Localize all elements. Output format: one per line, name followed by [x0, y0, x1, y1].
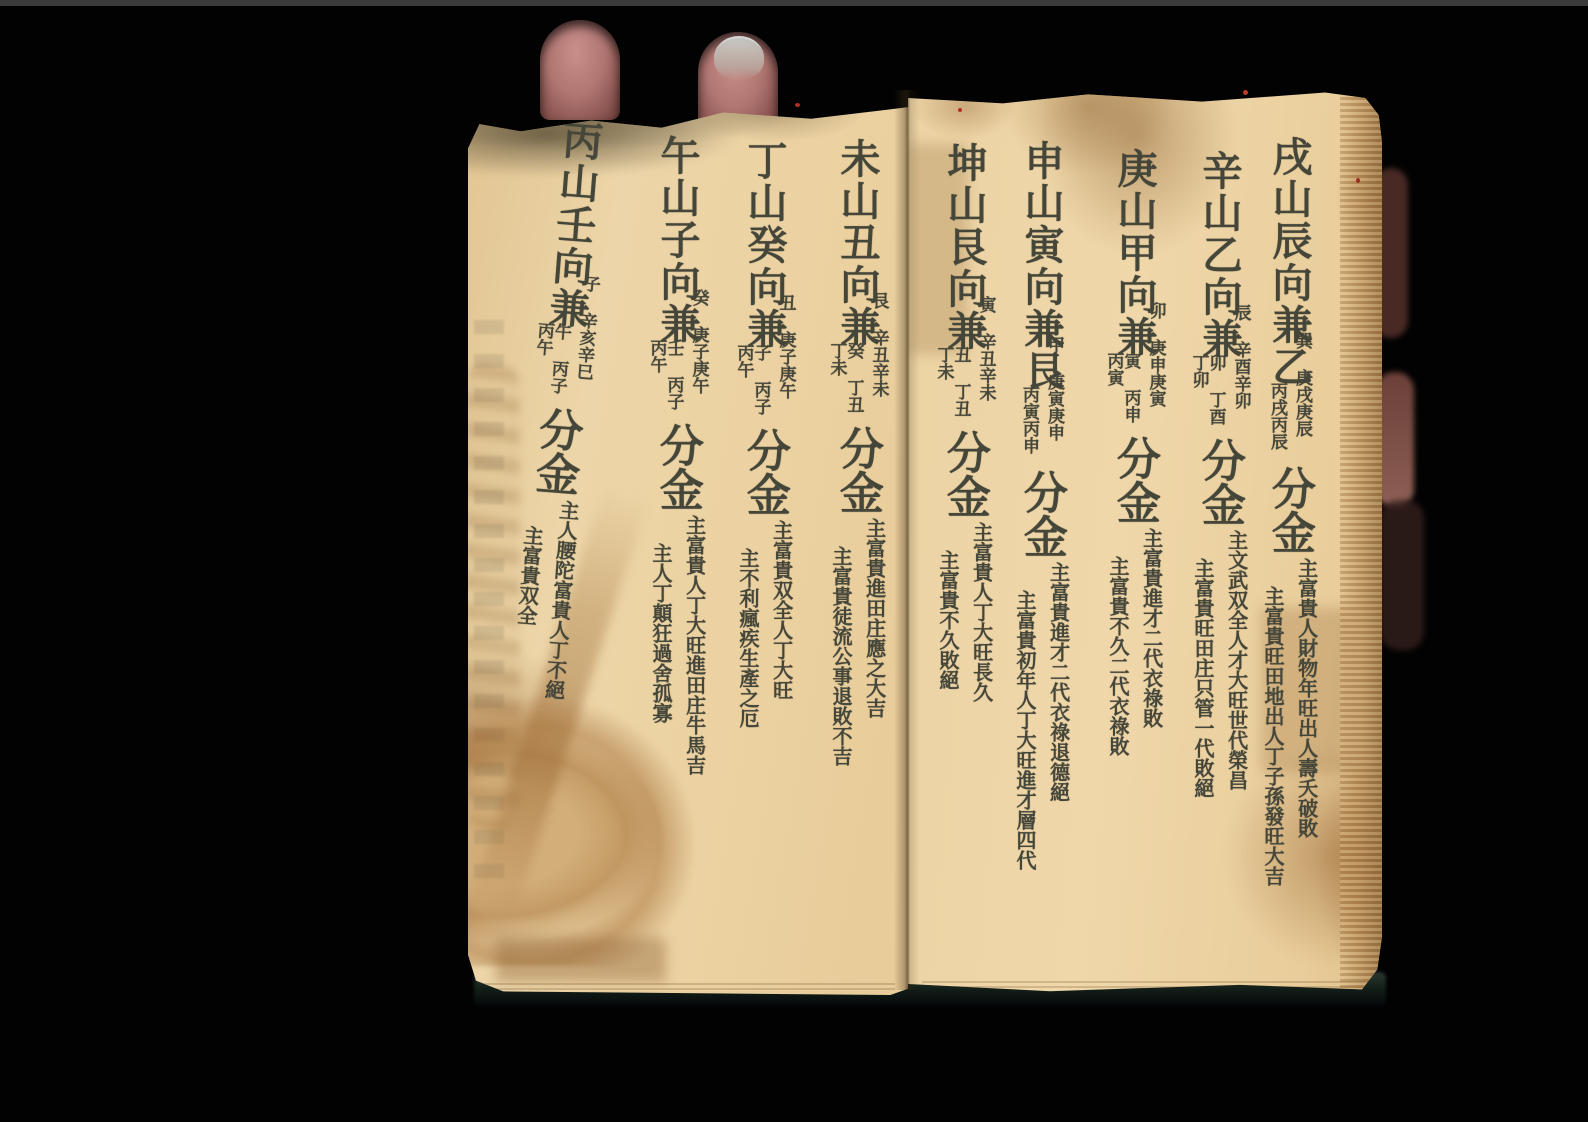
red-speck	[958, 108, 962, 112]
fenjin-sub-columns: 丑 庚子庚午 子 丙子丙午	[735, 294, 794, 422]
commentary: 主富貴人丁大旺進田庄牛馬吉 主人丁顛狂過舍孤寡	[649, 515, 704, 775]
red-speck	[1356, 178, 1360, 183]
commentary-line: 主富貴人丁大旺進田庄牛馬吉	[683, 515, 705, 775]
fenjin-sub-right: 寅 辛丑辛未	[977, 296, 994, 401]
commentary-line: 主富貴不久敗絕	[936, 550, 958, 690]
fenjin-label: 分金	[1018, 470, 1064, 558]
fenjin-sub-left: 丑 丁丑丁未	[935, 346, 969, 424]
text-column: 丙山壬向兼 子 辛亥辛巳 午 丙子丙午 分金 主人腰陀富貴人丁不絕 主富貴双全	[493, 117, 624, 702]
commentary-line: 主富貴初年人丁大旺進才層四代	[1013, 590, 1035, 870]
scanner-artifact-strip	[0, 0, 1588, 6]
fenjin-label: 分金	[529, 405, 582, 496]
fenjin-label: 分金	[741, 428, 787, 516]
fenjin-sub-columns: 甲 庚寅庚申 丙寅丙申	[1020, 336, 1062, 464]
fenjin-sub-columns: 寅 辛丑辛未 丑 丁丑丁未	[935, 296, 994, 424]
photo-canvas: 未山丑向兼 艮 辛丑辛未 癸 丁丑丁未 分金 主富貴進田庄應之大吉 主富貴徒流公…	[0, 0, 1588, 1122]
fenjin-sub-left: 子 丙子丙午	[735, 344, 769, 422]
commentary-line: 主富貴進田庄應之大吉	[863, 518, 885, 718]
fenjin-sub-columns: 癸 庚子庚午 壬 丙子丙午	[648, 289, 707, 417]
fenjin-sub-left: 癸 丁丑丁未	[828, 342, 862, 420]
text-column: 丁山癸向兼 丑 庚子庚午 子 丙子丙午 分金 主富貴双全人丁大旺 主不利瘋疾生產…	[721, 140, 807, 728]
fenjin-sub-right: 癸 庚子庚午	[690, 289, 707, 394]
fenjin-label: 分金	[1196, 438, 1242, 526]
left-page: 未山丑向兼 艮 辛丑辛未 癸 丁丑丁未 分金 主富貴進田庄應之大吉 主富貴徒流公…	[468, 100, 908, 995]
page-gutter	[894, 90, 920, 990]
fenjin-sub-left: 丙寅丙申	[1020, 386, 1037, 454]
commentary: 主富貴進才二代衣祿退德絕 主富貴初年人丁大旺進才層四代	[1013, 562, 1068, 870]
fenjin-sub-right: 丑 庚子庚午	[777, 294, 794, 399]
commentary-line: 主富貴双全	[514, 525, 543, 626]
fenjin-sub-right: 辰 辛酉辛卯	[1232, 304, 1249, 409]
commentary-line: 主文武双全人才大旺世代榮昌	[1225, 530, 1247, 790]
page-stack-edge	[481, 983, 895, 993]
red-speck	[1243, 90, 1248, 95]
commentary: 主人腰陀富貴人丁不絕 主富貴双全	[508, 497, 579, 701]
fenjin-sub-right: 艮 辛丑辛未	[870, 292, 887, 397]
text-column: 午山子向兼 癸 庚子庚午 壬 丙子丙午 分金 主富貴人丁大旺進田庄牛馬吉 主人丁…	[634, 135, 720, 775]
text-column: 申山寅向兼艮 甲 庚寅庚申 丙寅丙申 分金 主富貴進才二代衣祿退德絕 主富貴初年…	[998, 140, 1084, 870]
fenjin-label: 分金	[1111, 436, 1157, 524]
fenjin-sub-left: 丙戌丙辰	[1268, 382, 1285, 450]
fenjin-sub-columns: 艮 辛丑辛未 癸 丁丑丁未	[828, 292, 887, 420]
commentary: 主文武双全人才大旺世代榮昌 主富貴旺田庄只管一代敗絕	[1191, 530, 1246, 798]
commentary-line: 主富貴徒流公事退敗不吉	[829, 546, 851, 766]
commentary-line: 主富貴旺田地出人丁子孫發旺大吉	[1261, 586, 1283, 886]
fenjin-sub-columns: 子 辛亥辛巳 午 丙子丙午	[529, 271, 598, 403]
commentary: 主富貴進田庄應之大吉 主富貴徒流公事退敗不吉	[829, 518, 884, 766]
fenjin-label: 分金	[941, 430, 987, 518]
commentary: 主富貴人財物年旺出人壽夭破敗 主富貴旺田地出人丁子孫發旺大吉	[1261, 558, 1316, 886]
commentary-line: 主富貴人丁大旺長久	[970, 522, 992, 702]
fingertip	[1380, 500, 1424, 650]
commentary-line: 主富貴人財物年旺出人壽夭破敗	[1295, 558, 1317, 838]
commentary-line: 主富貴双全人丁大旺	[770, 520, 792, 700]
fenjin-sub-left: 卯 丁酉丁卯	[1190, 354, 1224, 432]
stain	[496, 938, 666, 982]
text-column: 坤山艮向兼 寅 辛丑辛未 丑 丁丑丁未 分金 主富貴人丁大旺長久 主富貴不久敗絕	[921, 142, 1007, 702]
commentary: 主富貴進才二代衣祿敗 主富貴不久二代衣祿敗	[1106, 528, 1161, 756]
fenjin-sub-right: 甲 庚寅庚申	[1045, 336, 1062, 441]
book-fore-edge	[1340, 88, 1382, 993]
fenjin-label: 分金	[834, 426, 880, 514]
commentary-line: 主富貴不久二代衣祿敗	[1106, 556, 1128, 756]
fenjin-sub-left: 壬 丙子丙午	[648, 339, 682, 417]
fenjin-label: 分金	[654, 423, 700, 511]
fenjin-sub-columns: 巽 庚戌庚辰 丙戌丙辰	[1268, 332, 1310, 460]
commentary: 主富貴人丁大旺長久 主富貴不久敗絕	[936, 522, 991, 702]
fenjin-sub-right: 巽 庚戌庚辰	[1293, 332, 1310, 437]
commentary-line: 主人腰陀富貴人丁不絕	[541, 499, 578, 700]
fenjin-label: 分金	[1266, 466, 1312, 554]
red-speck	[795, 103, 800, 107]
fenjin-sub-columns: 辰 辛酉辛卯 卯 丁酉丁卯	[1190, 304, 1249, 432]
text-column: 辛山乙向兼 辰 辛酉辛卯 卯 丁酉丁卯 分金 主文武双全人才大旺世代榮昌 主富貴…	[1176, 150, 1262, 798]
right-page: 戌山辰向兼乙 巽 庚戌庚辰 丙戌丙辰 分金 主富貴人財物年旺出人壽夭破敗 主富貴…	[908, 88, 1382, 993]
commentary-line: 主富貴旺田庄只管一代敗絕	[1191, 558, 1213, 798]
commentary-line: 主富貴進才二代衣祿敗	[1140, 528, 1162, 728]
commentary-line: 主不利瘋疾生產之厄	[736, 548, 758, 728]
fenjin-sub-left: 寅 丙申丙寅	[1105, 352, 1139, 430]
commentary-line: 主富貴進才二代衣祿退德絕	[1047, 562, 1069, 802]
commentary-line: 主人丁顛狂過舍孤寡	[649, 543, 671, 723]
fenjin-sub-columns: 卯 庚申庚寅 寅 丙申丙寅	[1105, 302, 1164, 430]
fenjin-sub-right: 卯 庚申庚寅	[1147, 302, 1164, 407]
fenjin-sub-right: 子 辛亥辛巳	[573, 275, 598, 381]
text-column: 未山丑向兼 艮 辛丑辛未 癸 丁丑丁未 分金 主富貴進田庄應之大吉 主富貴徒流公…	[814, 138, 900, 766]
text-column: 庚山甲向兼 卯 庚申庚寅 寅 丙申丙寅 分金 主富貴進才二代衣祿敗 主富貴不久二…	[1091, 148, 1177, 756]
fingernail	[714, 36, 764, 80]
commentary: 主富貴双全人丁大旺 主不利瘋疾生產之厄	[736, 520, 791, 728]
fingertip	[540, 20, 620, 120]
fenjin-sub-left: 午 丙子丙午	[529, 321, 569, 401]
